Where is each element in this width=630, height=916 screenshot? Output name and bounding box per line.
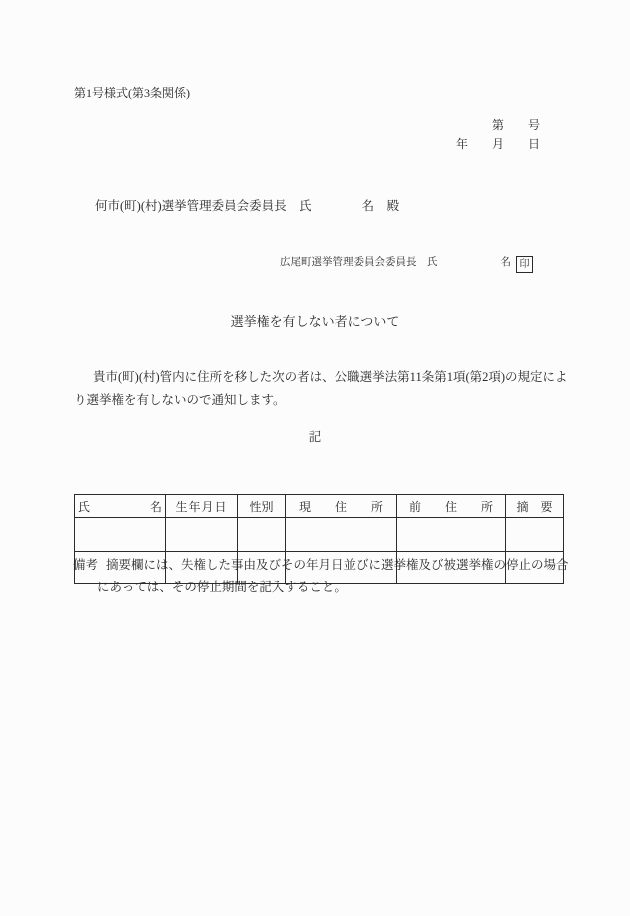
table-cell [397, 518, 506, 552]
header-current-address: 現 住 所 [286, 495, 397, 518]
sender-line: 広尾町選挙管理委員会委員長 氏 名印 [280, 254, 533, 273]
table-cell [75, 518, 166, 552]
sender-text: 広尾町選挙管理委員会委員長 氏 名 [280, 257, 511, 268]
document-number-line: 第 号 [492, 116, 540, 133]
table-cell [238, 518, 286, 552]
ki-heading: 記 [0, 427, 630, 445]
document-title: 選挙権を有しない者について [0, 311, 630, 330]
form-number: 第1号様式(第3条関係) [74, 84, 190, 101]
body-line: 貴市(町)(村)管内に住所を移した次の者は、公職選挙法第11条第1項(第2項)の… [74, 366, 580, 389]
remark-line: 備考摘要欄には、失権した事由及びその年月日並びに選挙権及び被選挙権の停止の場合 [73, 555, 569, 577]
document-page: 第1号様式(第3条関係) 第 号 年 月 日 何市(町)(村)選挙管理委員会委員… [0, 0, 630, 916]
table-cell [286, 518, 397, 552]
remark-label: 備考 [73, 558, 98, 572]
seal-stamp: 印 [516, 256, 533, 273]
remark-text: 摘要欄には、失権した事由及びその年月日並びに選挙権及び被選挙権の停止の場合 [106, 558, 569, 572]
addressee-line: 何市(町)(村)選挙管理委員会委員長 氏 名 殿 [95, 196, 399, 214]
table-header-row: 氏 名 生年月日 性別 現 住 所 前 住 所 摘 要 [75, 495, 564, 518]
date-line: 年 月 日 [456, 135, 540, 152]
table-cell [166, 518, 238, 552]
body-paragraph: 貴市(町)(村)管内に住所を移した次の者は、公職選挙法第11条第1項(第2項)の… [74, 366, 580, 411]
remarks-note: 備考摘要欄には、失権した事由及びその年月日並びに選挙権及び被選挙権の停止の場合 … [73, 555, 569, 598]
body-line: り選挙権を有しないので通知します。 [74, 389, 580, 412]
remark-line: にあっては、その停止期間を記入すること。 [97, 577, 569, 599]
header-sex: 性別 [238, 495, 286, 518]
header-name: 氏 名 [75, 495, 166, 518]
header-remarks: 摘 要 [506, 495, 564, 518]
header-previous-address: 前 住 所 [397, 495, 506, 518]
header-birthdate: 生年月日 [166, 495, 238, 518]
table-row [75, 518, 564, 552]
table-cell [506, 518, 564, 552]
